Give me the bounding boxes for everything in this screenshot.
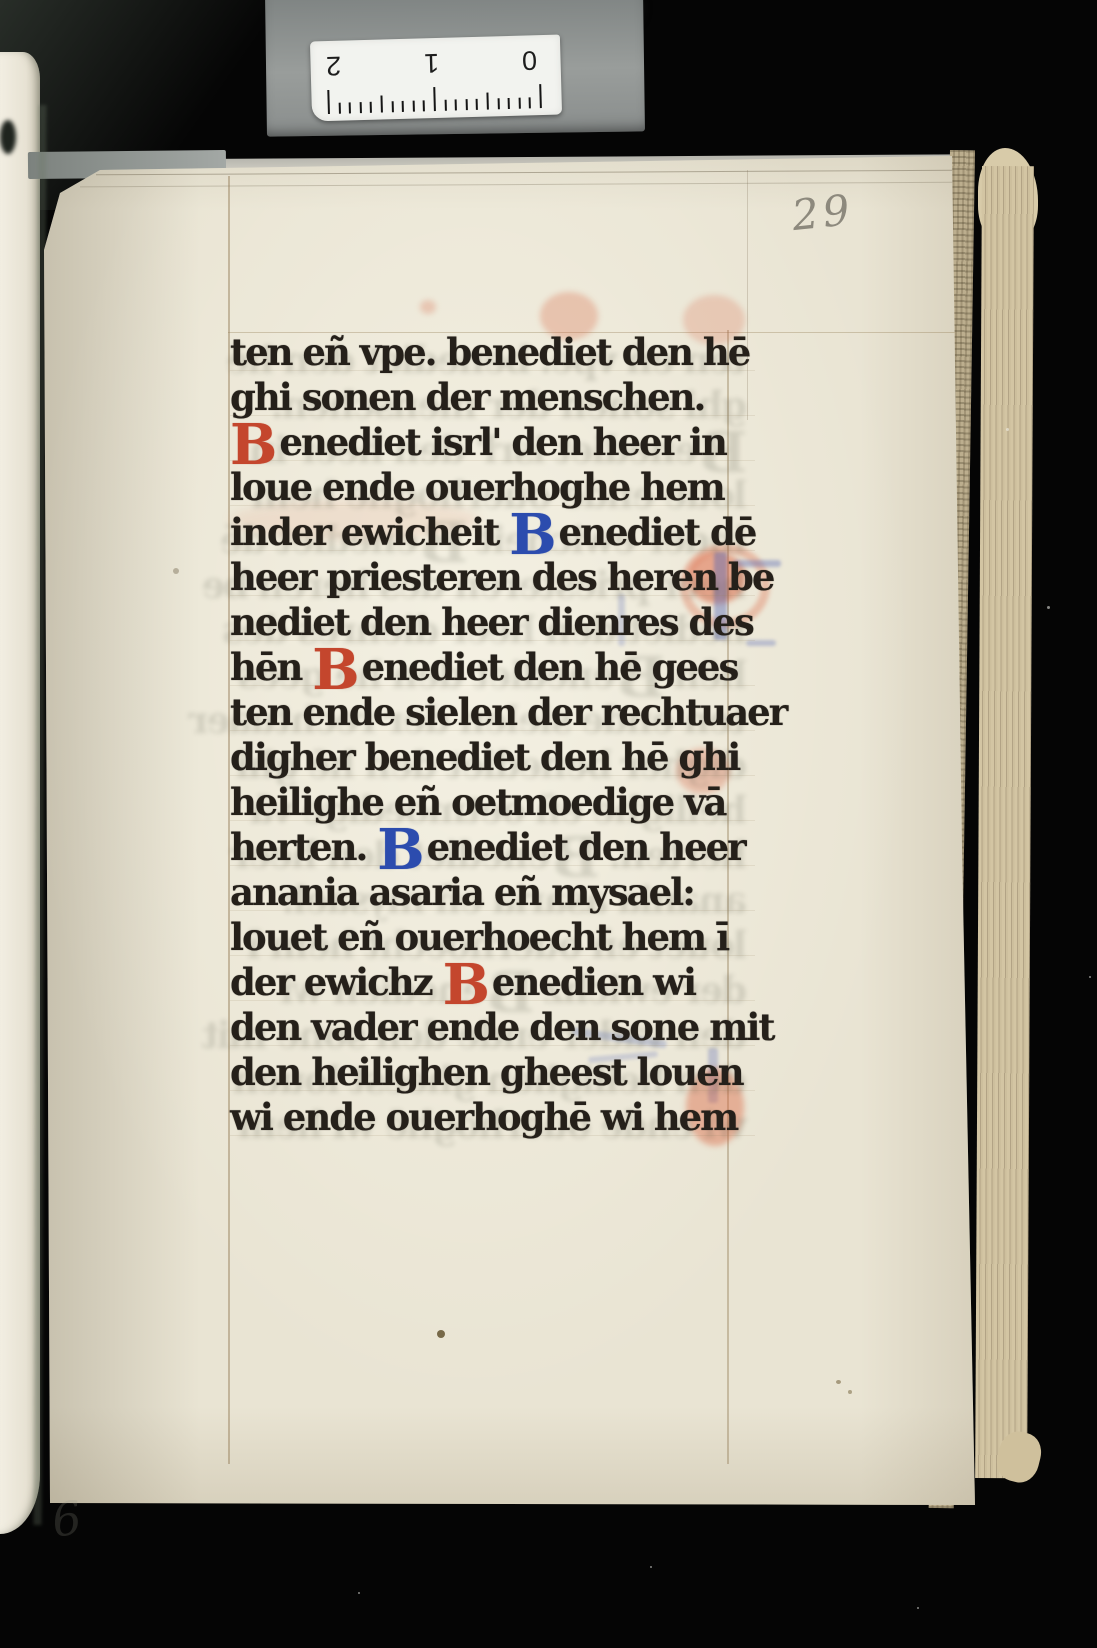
ruler-tick — [370, 102, 372, 113]
manuscript-page: 29 ten eñ vpe. benediet den hēghi sonen … — [40, 148, 980, 1516]
versal-initial: B — [312, 653, 361, 693]
photo-stage: 2 1 0 29 ten eñ vpe. benediet den hēghi … — [0, 0, 1097, 1648]
text-line: heilighe eñ oetmoedige vā — [230, 780, 755, 825]
line-text: anania asaria eñ mysael: — [230, 870, 694, 914]
dust-speck — [917, 1607, 919, 1609]
dust-speck — [1047, 606, 1050, 609]
dust-speck — [1006, 428, 1009, 431]
line-text: den vader ende den sone mit — [230, 1005, 774, 1049]
ruler-tick — [465, 99, 467, 110]
versal-initial: B — [230, 428, 279, 468]
ruler-number: 1 — [416, 47, 447, 79]
line-text: enedien wi — [492, 960, 695, 1004]
text-line: hēn Benediet den hē gees — [230, 645, 755, 690]
text-line: ten ende sielen der rechtuaer — [230, 690, 755, 735]
line-text: heilighe eñ oetmoedige vā — [230, 780, 726, 824]
text-line: inder ewicheit Benediet dē — [230, 510, 755, 555]
line-text: ten eñ vpe. benediet den hē — [230, 330, 749, 374]
versal-initial: B — [443, 968, 492, 1008]
ruler-tick — [423, 100, 425, 111]
line-text: ghi sonen der menschen. — [230, 375, 704, 419]
ruler-tick — [402, 101, 404, 112]
stain-speck — [836, 1380, 841, 1384]
line-text: hēn — [230, 645, 312, 689]
text-line: herten. Benediet den heer — [230, 825, 755, 870]
ruler-tick — [327, 90, 330, 114]
page-number: 29 — [790, 185, 856, 240]
line-text: nediet den heer dienres des — [230, 600, 753, 644]
ruler-tick — [486, 93, 488, 110]
ruler-tick — [497, 98, 499, 109]
stain-speck — [848, 1390, 852, 1394]
text-line: ten eñ vpe. benediet den hē — [230, 330, 755, 375]
line-text: heer priesteren des heren be — [230, 555, 773, 599]
text-line: den heilighen gheest louen — [230, 1050, 755, 1095]
stain-speck — [437, 1330, 445, 1338]
ruler-tick — [539, 84, 542, 108]
ruler-tick — [444, 100, 446, 111]
ruler-tick — [349, 102, 351, 113]
binding-notch — [0, 120, 16, 154]
versal-initial: B — [509, 518, 558, 558]
text-line: digher benediet den hē ghi — [230, 735, 755, 780]
text-line: der ewichz Benedien wi — [230, 960, 755, 1005]
text-line: anania asaria eñ mysael: — [230, 870, 755, 915]
line-text: inder ewicheit — [230, 510, 509, 554]
ruler-tick — [518, 98, 520, 109]
ink-smudge-red — [420, 300, 436, 314]
ruler-tick — [529, 97, 531, 108]
text-line: heer priesteren des heren be — [230, 555, 755, 600]
scale-ruler: 2 1 0 — [310, 35, 562, 122]
ruler-tick — [359, 102, 361, 113]
stain-speck — [173, 568, 179, 574]
line-text: loue ende ouerhoghe hem — [230, 465, 724, 509]
text-line: loue ende ouerhoghe hem — [230, 465, 755, 510]
ruler-tick — [433, 87, 436, 111]
ruler-tick — [508, 98, 510, 109]
ruler-tick — [455, 99, 457, 110]
line-text: wi ende ouerhoghē wi hem — [230, 1095, 737, 1139]
ruler-tick — [338, 103, 340, 114]
page-edge-line — [96, 170, 964, 176]
text-line: Benediet isrl' den heer in — [230, 420, 755, 465]
dust-speck — [358, 1592, 360, 1594]
line-text: der ewichz — [230, 960, 443, 1004]
line-text: enediet den heer — [427, 825, 745, 869]
ruler-number: 2 — [318, 49, 349, 81]
flyleaf-fore-edge — [975, 166, 1034, 1478]
ruler-tick — [391, 101, 393, 112]
dust-speck — [650, 1566, 652, 1568]
text-line: den vader ende den sone mit — [230, 1005, 755, 1050]
ruler-number: 0 — [514, 44, 545, 76]
line-text: digher benediet den hē ghi — [230, 735, 739, 779]
line-text: den heilighen gheest louen — [230, 1050, 743, 1094]
manuscript-text-block: ten eñ vpe. benediet den hēghi sonen der… — [230, 330, 755, 1140]
line-text: enediet isrl' den heer in — [279, 420, 726, 464]
versal-initial: B — [377, 833, 426, 873]
text-line: wi ende ouerhoghē wi hem — [230, 1095, 755, 1140]
line-text: herten. — [230, 825, 377, 869]
ruler-tick — [380, 96, 382, 113]
ruler-tick — [412, 101, 414, 112]
line-text: enediet den hē gees — [362, 645, 738, 689]
text-line: louet eñ ouerhoecht hem ī — [230, 915, 755, 960]
line-text: ten ende sielen der rechtuaer — [230, 690, 786, 734]
ruler-tick — [476, 99, 478, 110]
line-text: enediet dē — [559, 510, 756, 554]
text-line: ghi sonen der menschen. — [230, 375, 755, 420]
text-line: nediet den heer dienres des — [230, 600, 755, 645]
dust-speck — [1089, 976, 1091, 978]
